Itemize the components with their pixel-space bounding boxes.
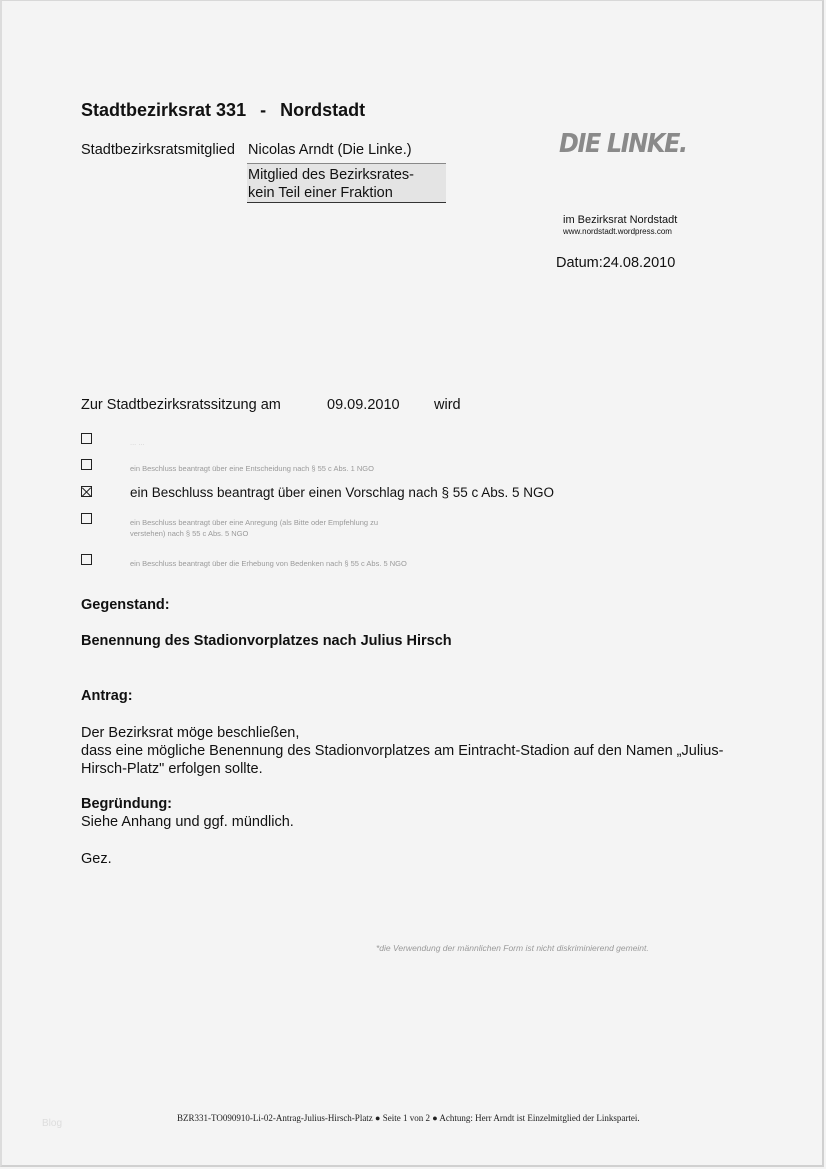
member-name: Nicolas Arndt (Die Linke.) — [248, 142, 412, 158]
party-logo: DIE LINKE. — [559, 129, 687, 159]
meeting-label: Zur Stadtbezirksratssitzung am — [81, 397, 281, 413]
motion-line-3: Hirsch-Platz" erfolgen sollte. — [81, 760, 723, 778]
document-date: Datum:24.08.2010 — [556, 255, 675, 271]
option-label-4: ein Beschluss beantragt über eine Anregu… — [130, 517, 378, 539]
meeting-line: Zur Stadtbezirksratssitzung am 09.09.201… — [81, 397, 281, 413]
option-checkbox-1[interactable] — [81, 433, 92, 444]
option-label-4-line-2: verstehen) nach § 55 c Abs. 5 NGO — [130, 528, 378, 539]
option-label-1: ... ... — [130, 437, 145, 448]
option-label-2: ein Beschluss beantragt über eine Entsch… — [130, 463, 374, 474]
reason-text: Siehe Anhang und ggf. mündlich. — [81, 813, 294, 831]
member-status-line-1: Mitglied des Bezirksrates- — [248, 166, 446, 184]
motion-line-2: dass eine mögliche Benennung des Stadion… — [81, 742, 723, 760]
signature: Gez. — [81, 850, 112, 868]
option-checkbox-2[interactable] — [81, 459, 92, 470]
meeting-date: 09.09.2010 — [327, 397, 400, 413]
option-label-5: ein Beschluss beantragt über die Erhebun… — [130, 558, 407, 569]
org-line: im Bezirksrat Nordstadt — [563, 214, 677, 226]
member-status-line-2: kein Teil einer Fraktion — [248, 184, 446, 202]
meeting-suffix: wird — [434, 397, 461, 413]
title-district: Nordstadt — [280, 100, 365, 120]
subject-heading: Gegenstand: — [81, 597, 170, 613]
option-checkbox-5[interactable] — [81, 554, 92, 565]
option-checkbox-3-checked[interactable] — [81, 486, 92, 497]
title-separator: - — [260, 100, 266, 120]
motion-text: Der Bezirksrat möge beschließen, dass ei… — [81, 724, 723, 778]
member-status-box: Mitglied des Bezirksrates- kein Teil ein… — [247, 163, 446, 203]
title-council: Stadtbezirksrat 331 — [81, 100, 246, 120]
subject-text: Benennung des Stadionvorplatzes nach Jul… — [81, 633, 452, 649]
page-title: Stadtbezirksrat 331-Nordstadt — [81, 100, 365, 121]
watermark: Blog — [42, 1118, 62, 1129]
document-page: Stadtbezirksrat 331-Nordstadt Stadtbezir… — [0, 0, 824, 1167]
motion-heading: Antrag: — [81, 688, 133, 704]
option-checkbox-4[interactable] — [81, 513, 92, 524]
website-url: www.nordstadt.wordpress.com — [563, 227, 672, 236]
motion-line-1: Der Bezirksrat möge beschließen, — [81, 724, 723, 742]
page-footer: BZR331-TO090910-Li-02-Antrag-Julius-Hirs… — [177, 1113, 640, 1123]
member-label: Stadtbezirksratsmitglied — [81, 142, 235, 158]
option-label-4-line-1: ein Beschluss beantragt über eine Anregu… — [130, 517, 378, 528]
option-label-3: ein Beschluss beantragt über einen Vorsc… — [130, 485, 554, 500]
reason-heading: Begründung: — [81, 796, 172, 812]
footnote: *die Verwendung der männlichen Form ist … — [376, 943, 649, 953]
